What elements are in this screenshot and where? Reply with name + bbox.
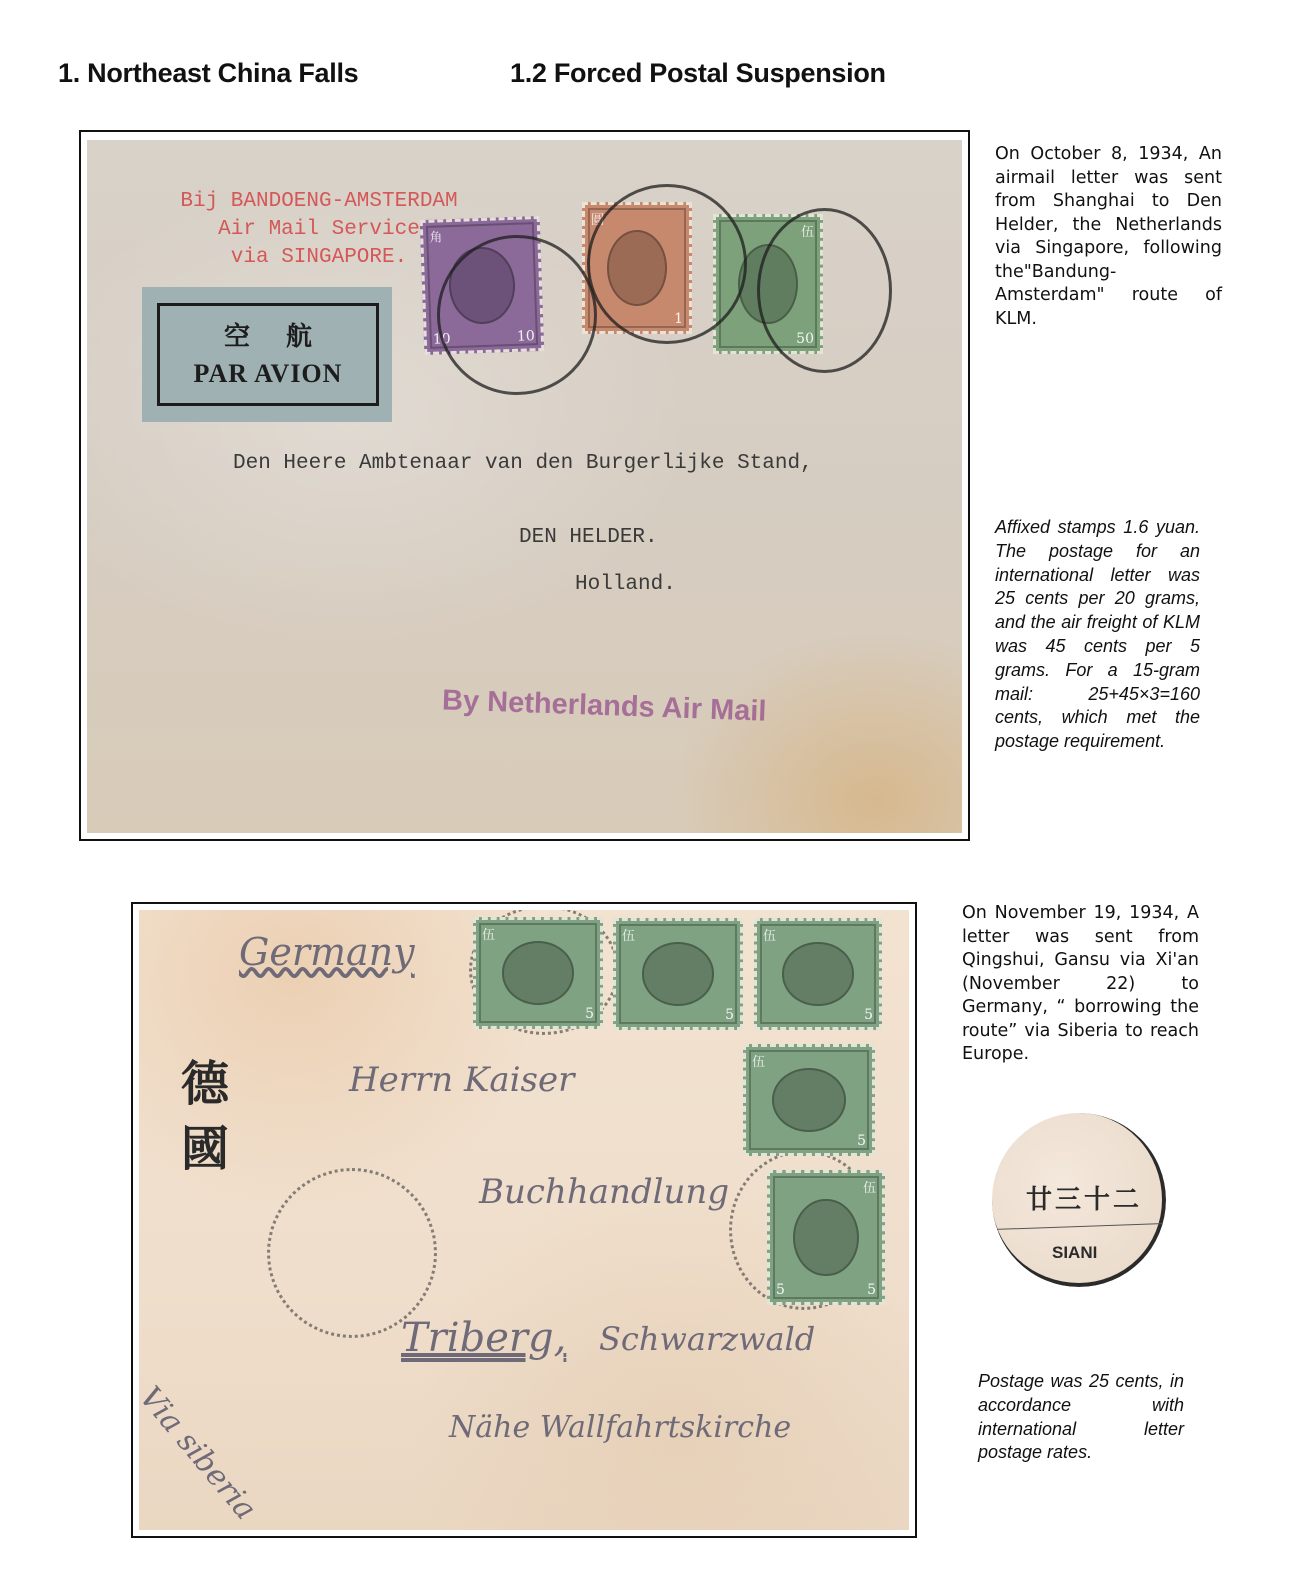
handwritten-address-line: Buchhandlung	[479, 1172, 729, 1212]
handwritten-region: Schwarzwald	[599, 1320, 815, 1358]
airmail-label-chinese: 空航	[160, 316, 376, 353]
stamp-corner-text: 角	[429, 226, 443, 245]
caption-cover2-description: On November 19, 1934, A letter was sent …	[962, 902, 1199, 1067]
postmark-dotted	[267, 1168, 437, 1338]
handwritten-routing: Via siberia	[139, 1380, 263, 1527]
violet-handstamp: By Netherlands Air Mail	[442, 684, 767, 728]
postage-stamp: 伍 5	[473, 917, 603, 1029]
cover-image-airmail: Bij BANDOENG-AMSTERDAM Air Mail Service …	[79, 130, 970, 841]
portrait-icon	[793, 1199, 858, 1277]
stamp-corner-text: 伍	[763, 925, 776, 944]
stamp-value: 5	[857, 1133, 866, 1149]
chapter-title: 1. Northeast China Falls	[58, 58, 358, 89]
stamp-value: 5	[776, 1282, 785, 1298]
section-title: 1.2 Forced Postal Suspension	[510, 58, 886, 89]
stamp-value: 5	[864, 1007, 873, 1023]
portrait-icon	[642, 942, 714, 1006]
cover-image-siberia: Germany 德 國 Herrn Kaiser Buchhandlung Tr…	[131, 902, 917, 1538]
postmark-circle	[437, 235, 597, 395]
portrait-icon	[772, 1068, 846, 1132]
par-avion-label: 空航 PAR AVION	[142, 287, 392, 422]
stamp-corner-text: 伍	[482, 924, 495, 943]
postage-stamp: 伍 5	[754, 918, 882, 1030]
envelope-airmail: Bij BANDOENG-AMSTERDAM Air Mail Service …	[87, 140, 962, 833]
portrait-icon	[502, 941, 574, 1005]
stamp-corner-text: 伍	[752, 1051, 765, 1070]
address-line: Den Heere Ambtenaar van den Burgerlijke …	[233, 452, 813, 475]
postmark-place-text: SIANI	[1052, 1243, 1097, 1263]
stamp-value: 5	[585, 1006, 594, 1022]
handwritten-address-line: Nähe Wallfahrtskirche	[449, 1410, 791, 1445]
airmail-label-french: PAR AVION	[160, 359, 376, 389]
postage-stamp: 伍 5	[743, 1044, 875, 1156]
postmark-detail-closeup: 廿三十二 SIANI	[992, 1113, 1166, 1287]
stamp-value: 5	[725, 1007, 734, 1023]
caption-cover1-postage: Affixed stamps 1.6 yuan. The postage for…	[995, 516, 1200, 754]
stamp-corner-text: 伍	[863, 1177, 876, 1196]
postage-stamp: 伍 5 5	[767, 1170, 885, 1305]
caption-cover2-postage: Postage was 25 cents, in accordance with…	[978, 1370, 1184, 1465]
postmark-date-text: 廿三十二	[1026, 1179, 1142, 1216]
handwritten-country: Germany	[239, 930, 415, 974]
address-line: Holland.	[575, 573, 676, 596]
postmark-circle	[757, 208, 892, 373]
chinese-character: 德	[181, 1045, 229, 1114]
portrait-icon	[782, 942, 853, 1006]
stamp-value: 5	[867, 1282, 876, 1298]
postage-stamp: 伍 5	[613, 918, 743, 1030]
caption-cover1-description: On October 8, 1934, An airmail letter wa…	[995, 143, 1222, 331]
stamp-corner-text: 伍	[622, 925, 635, 944]
envelope-siberia: Germany 德 國 Herrn Kaiser Buchhandlung Tr…	[139, 910, 909, 1530]
address-line: DEN HELDER.	[519, 526, 658, 549]
red-handstamp-line: Bij BANDOENG-AMSTERDAM	[149, 188, 489, 216]
handwritten-city: Triberg,	[401, 1315, 566, 1361]
chinese-character: 國	[181, 1110, 229, 1179]
handwritten-recipient: Herrn Kaiser	[349, 1060, 574, 1100]
postmark-circle	[587, 184, 747, 344]
